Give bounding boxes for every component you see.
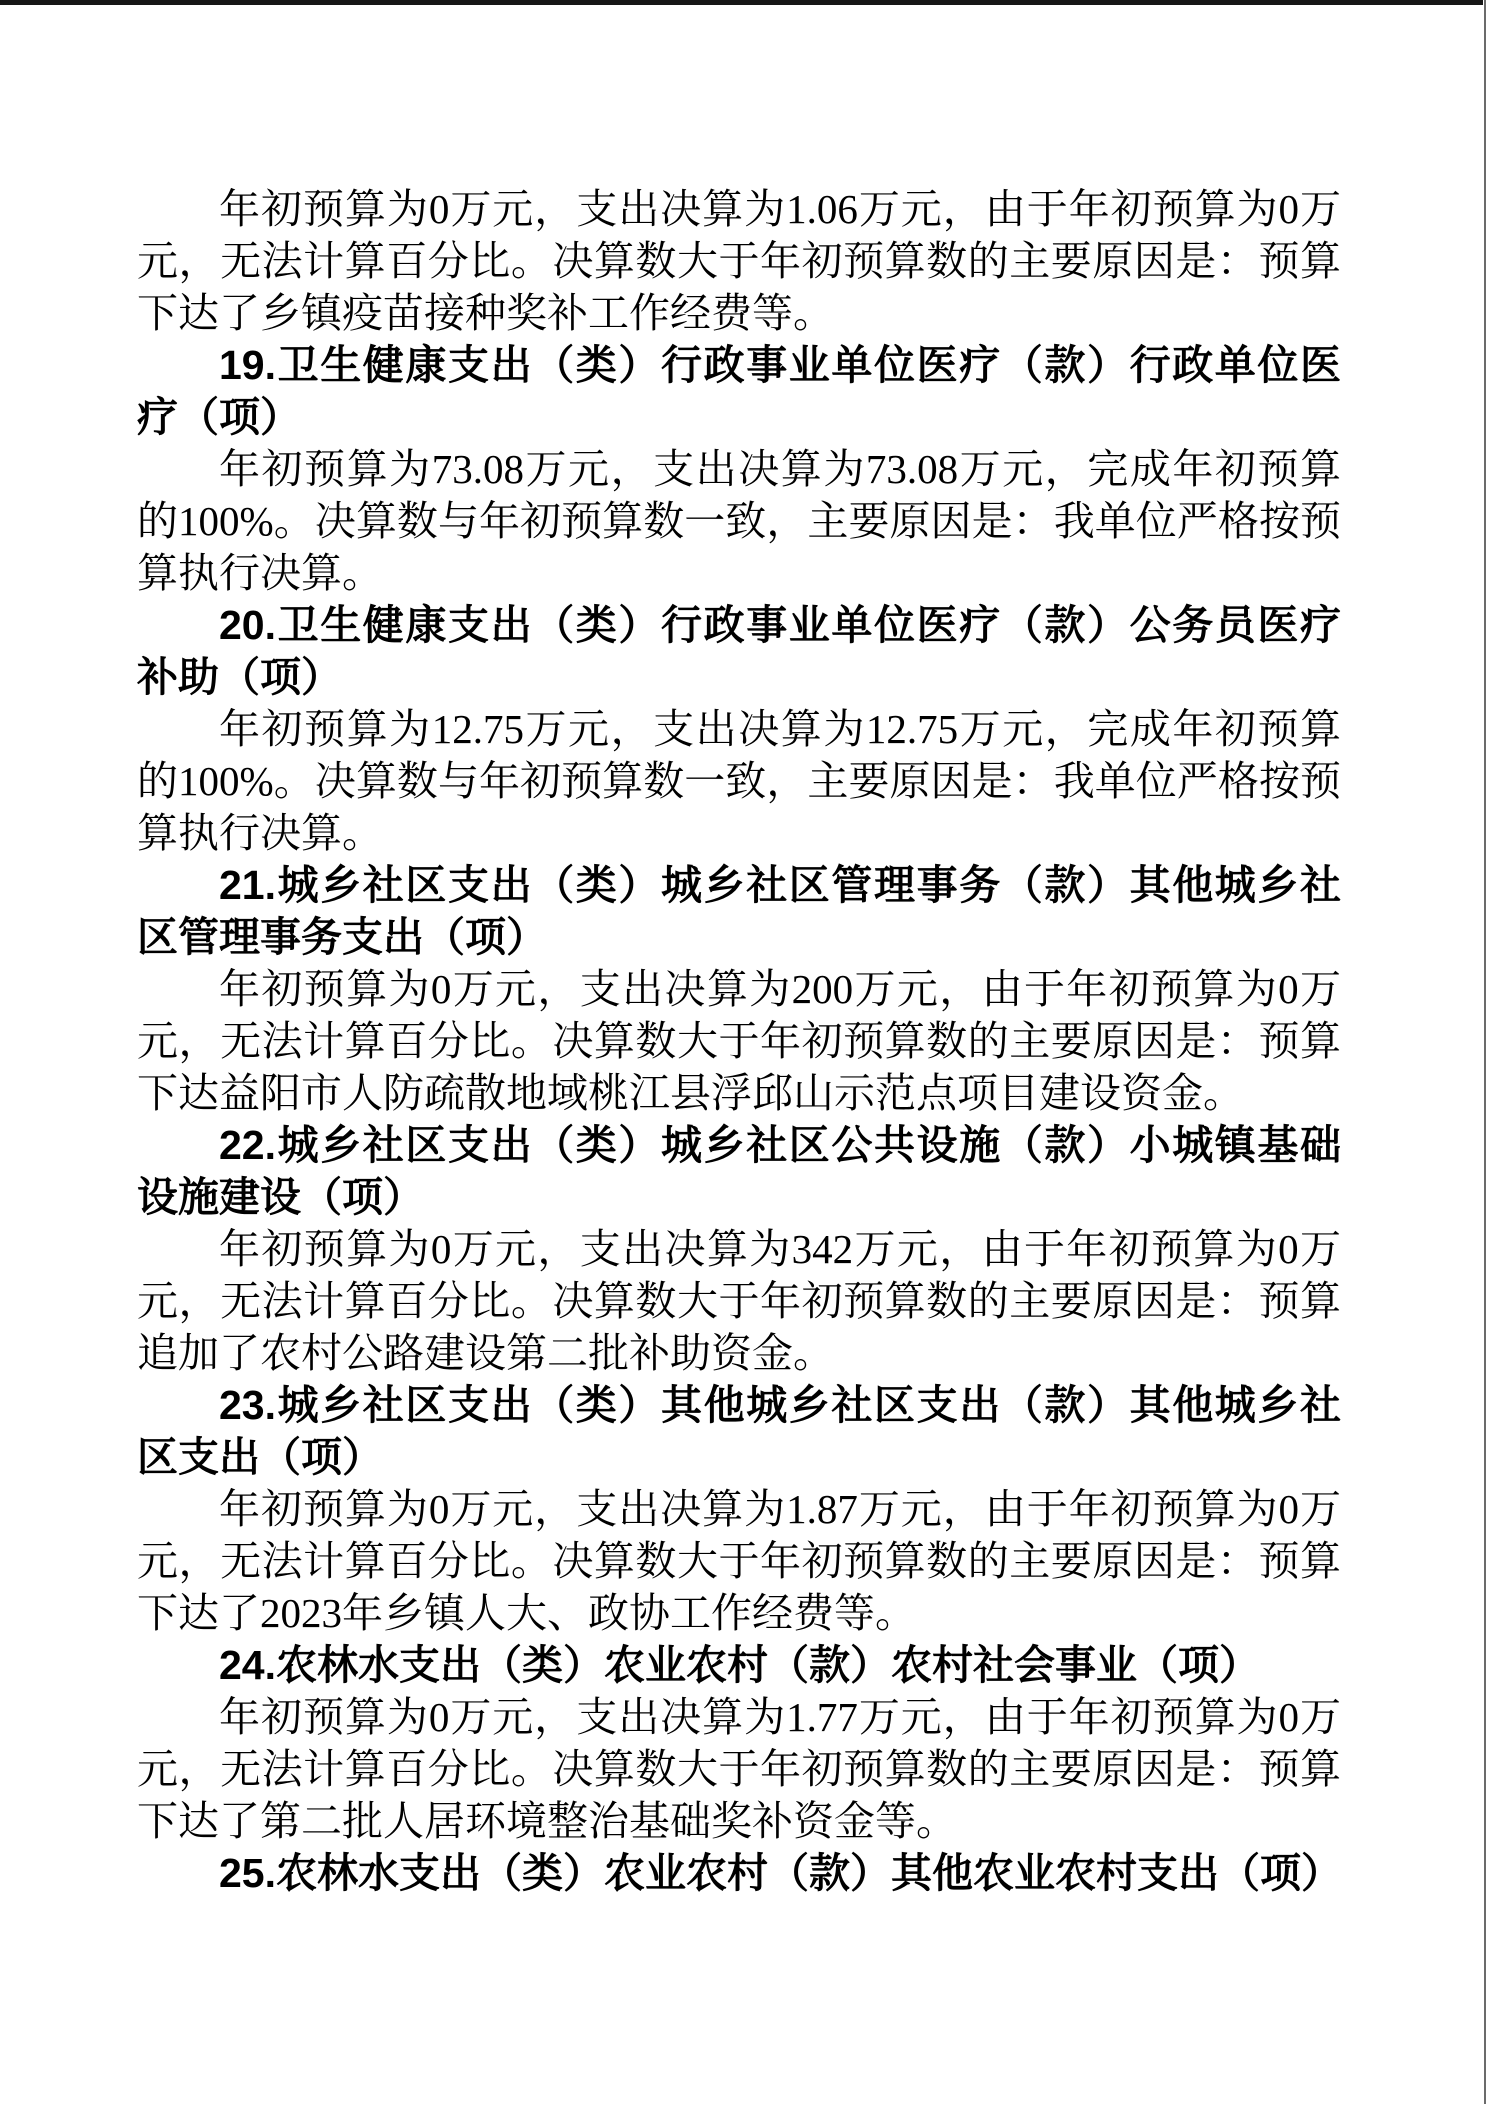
section-heading: 25.农林水支出（类）农业农村（款）其他农业农村支出（项） — [137, 1847, 1341, 1899]
section-21: 21.城乡社区支出（类）城乡社区管理事务（款）其他城乡社区管理事务支出（项） 年… — [137, 859, 1341, 1119]
document-page: 年初预算为0万元，支出决算为1.06万元，由于年初预算为0万元，无法计算百分比。… — [0, 0, 1488, 2104]
section-heading: 21.城乡社区支出（类）城乡社区管理事务（款）其他城乡社区管理事务支出（项） — [137, 859, 1341, 963]
page-right-border — [1484, 0, 1486, 2104]
section-heading: 19.卫生健康支出（类）行政事业单位医疗（款）行政单位医疗（项） — [137, 339, 1341, 443]
section-25: 25.农林水支出（类）农业农村（款）其他农业农村支出（项） — [137, 1847, 1341, 1899]
section-paragraph: 年初预算为73.08万元，支出决算为73.08万元，完成年初预算的100%。决算… — [137, 443, 1341, 599]
page-top-border — [0, 0, 1483, 5]
section-paragraph: 年初预算为0万元，支出决算为200万元，由于年初预算为0万元，无法计算百分比。决… — [137, 963, 1341, 1119]
section-23: 23.城乡社区支出（类）其他城乡社区支出（款）其他城乡社区支出（项） 年初预算为… — [137, 1379, 1341, 1639]
paragraph-item18-continuation: 年初预算为0万元，支出决算为1.06万元，由于年初预算为0万元，无法计算百分比。… — [137, 183, 1341, 339]
section-paragraph: 年初预算为0万元，支出决算为1.77万元，由于年初预算为0万元，无法计算百分比。… — [137, 1691, 1341, 1847]
section-20: 20.卫生健康支出（类）行政事业单位医疗（款）公务员医疗补助（项） 年初预算为1… — [137, 599, 1341, 859]
section-heading: 23.城乡社区支出（类）其他城乡社区支出（款）其他城乡社区支出（项） — [137, 1379, 1341, 1483]
section-heading: 24.农林水支出（类）农业农村（款）农村社会事业（项） — [137, 1639, 1341, 1691]
section-22: 22.城乡社区支出（类）城乡社区公共设施（款）小城镇基础设施建设（项） 年初预算… — [137, 1119, 1341, 1379]
section-paragraph: 年初预算为0万元，支出决算为342万元，由于年初预算为0万元，无法计算百分比。决… — [137, 1223, 1341, 1379]
section-24: 24.农林水支出（类）农业农村（款）农村社会事业（项） 年初预算为0万元，支出决… — [137, 1639, 1341, 1847]
section-19: 19.卫生健康支出（类）行政事业单位医疗（款）行政单位医疗（项） 年初预算为73… — [137, 339, 1341, 599]
section-heading: 20.卫生健康支出（类）行政事业单位医疗（款）公务员医疗补助（项） — [137, 599, 1341, 703]
section-heading: 22.城乡社区支出（类）城乡社区公共设施（款）小城镇基础设施建设（项） — [137, 1119, 1341, 1223]
document-body: 年初预算为0万元，支出决算为1.06万元，由于年初预算为0万元，无法计算百分比。… — [137, 183, 1341, 1899]
section-paragraph: 年初预算为0万元，支出决算为1.87万元，由于年初预算为0万元，无法计算百分比。… — [137, 1483, 1341, 1639]
section-paragraph: 年初预算为12.75万元，支出决算为12.75万元，完成年初预算的100%。决算… — [137, 703, 1341, 859]
